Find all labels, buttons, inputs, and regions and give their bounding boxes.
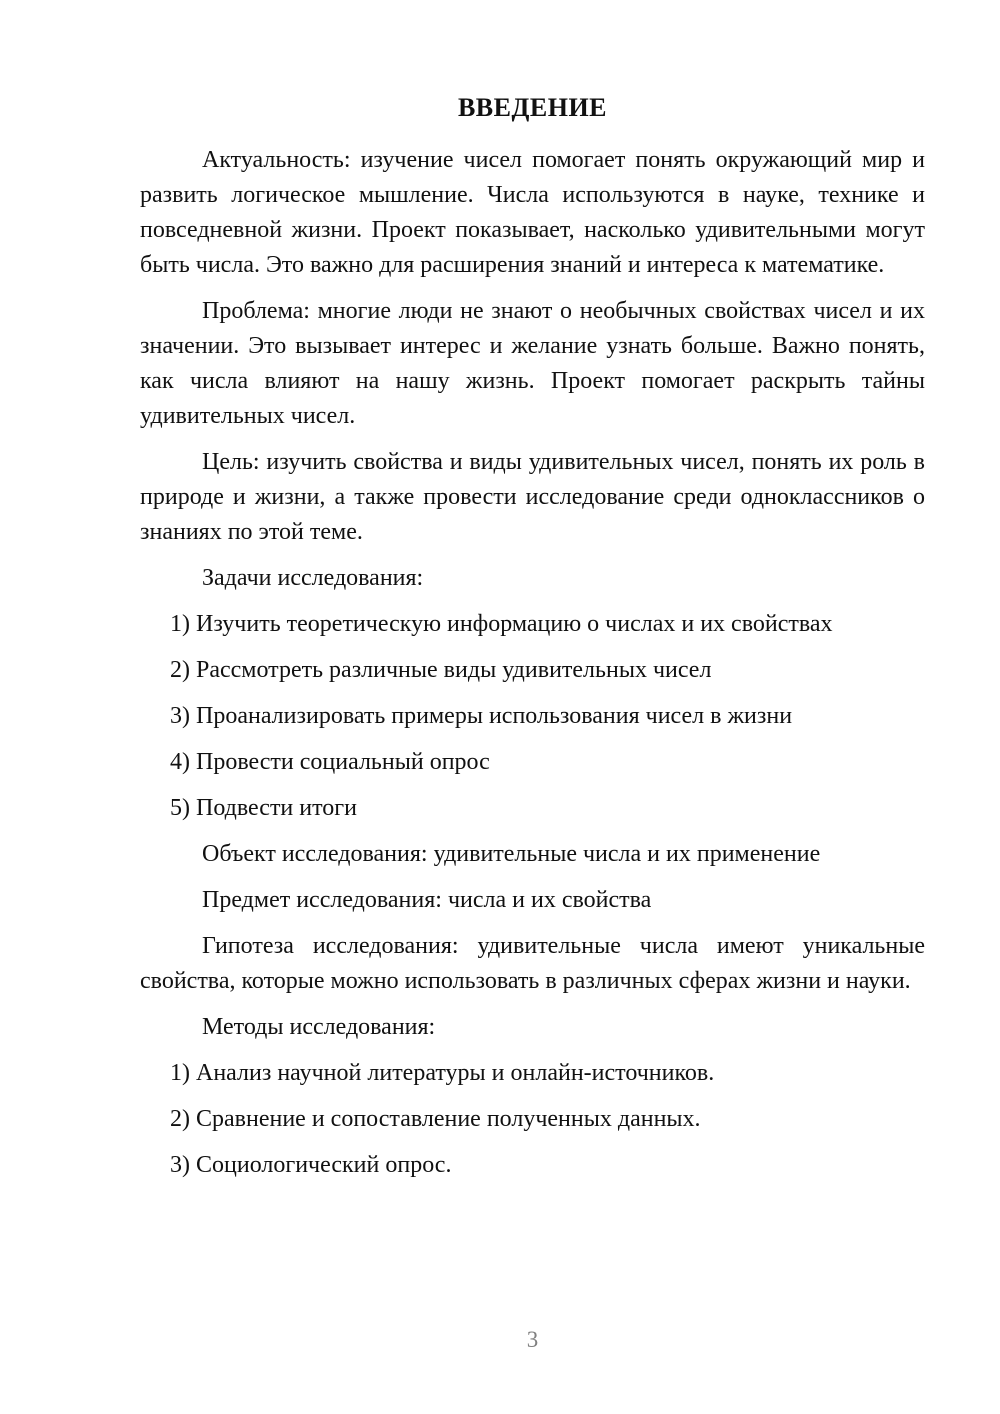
task-item-4: 4) Провести социальный опрос [140, 745, 925, 780]
paragraph-hypothesis: Гипотеза исследования: удивительные числ… [140, 929, 925, 999]
method-item-2: 2) Сравнение и сопоставление полученных … [140, 1102, 925, 1137]
paragraph-object: Объект исследования: удивительные числа … [140, 837, 925, 872]
task-item-5: 5) Подвести итоги [140, 791, 925, 826]
paragraph-subject: Предмет исследования: числа и их свойств… [140, 883, 925, 918]
method-item-3: 3) Социологический опрос. [140, 1148, 925, 1183]
page-title: ВВЕДЕНИЕ [140, 90, 925, 125]
page-number: 3 [140, 1322, 925, 1357]
methods-heading: Методы исследования: [140, 1010, 925, 1045]
task-item-1: 1) Изучить теоретическую информацию о чи… [140, 607, 925, 642]
paragraph-goal: Цель: изучить свойства и виды удивительн… [140, 445, 925, 550]
text-block: ВВЕДЕНИЕ Актуальность: изучение чисел по… [0, 0, 1000, 1183]
method-item-1: 1) Анализ научной литературы и онлайн-ис… [140, 1056, 925, 1091]
task-item-2: 2) Рассмотреть различные виды удивительн… [140, 653, 925, 688]
task-item-3: 3) Проанализировать примеры использовани… [140, 699, 925, 734]
tasks-heading: Задачи исследования: [140, 561, 925, 596]
paragraph-relevance: Актуальность: изучение чисел помогает по… [140, 143, 925, 283]
paragraph-problem: Проблема: многие люди не знают о необычн… [140, 294, 925, 434]
document-page: ВВЕДЕНИЕ Актуальность: изучение чисел по… [0, 0, 1000, 1414]
